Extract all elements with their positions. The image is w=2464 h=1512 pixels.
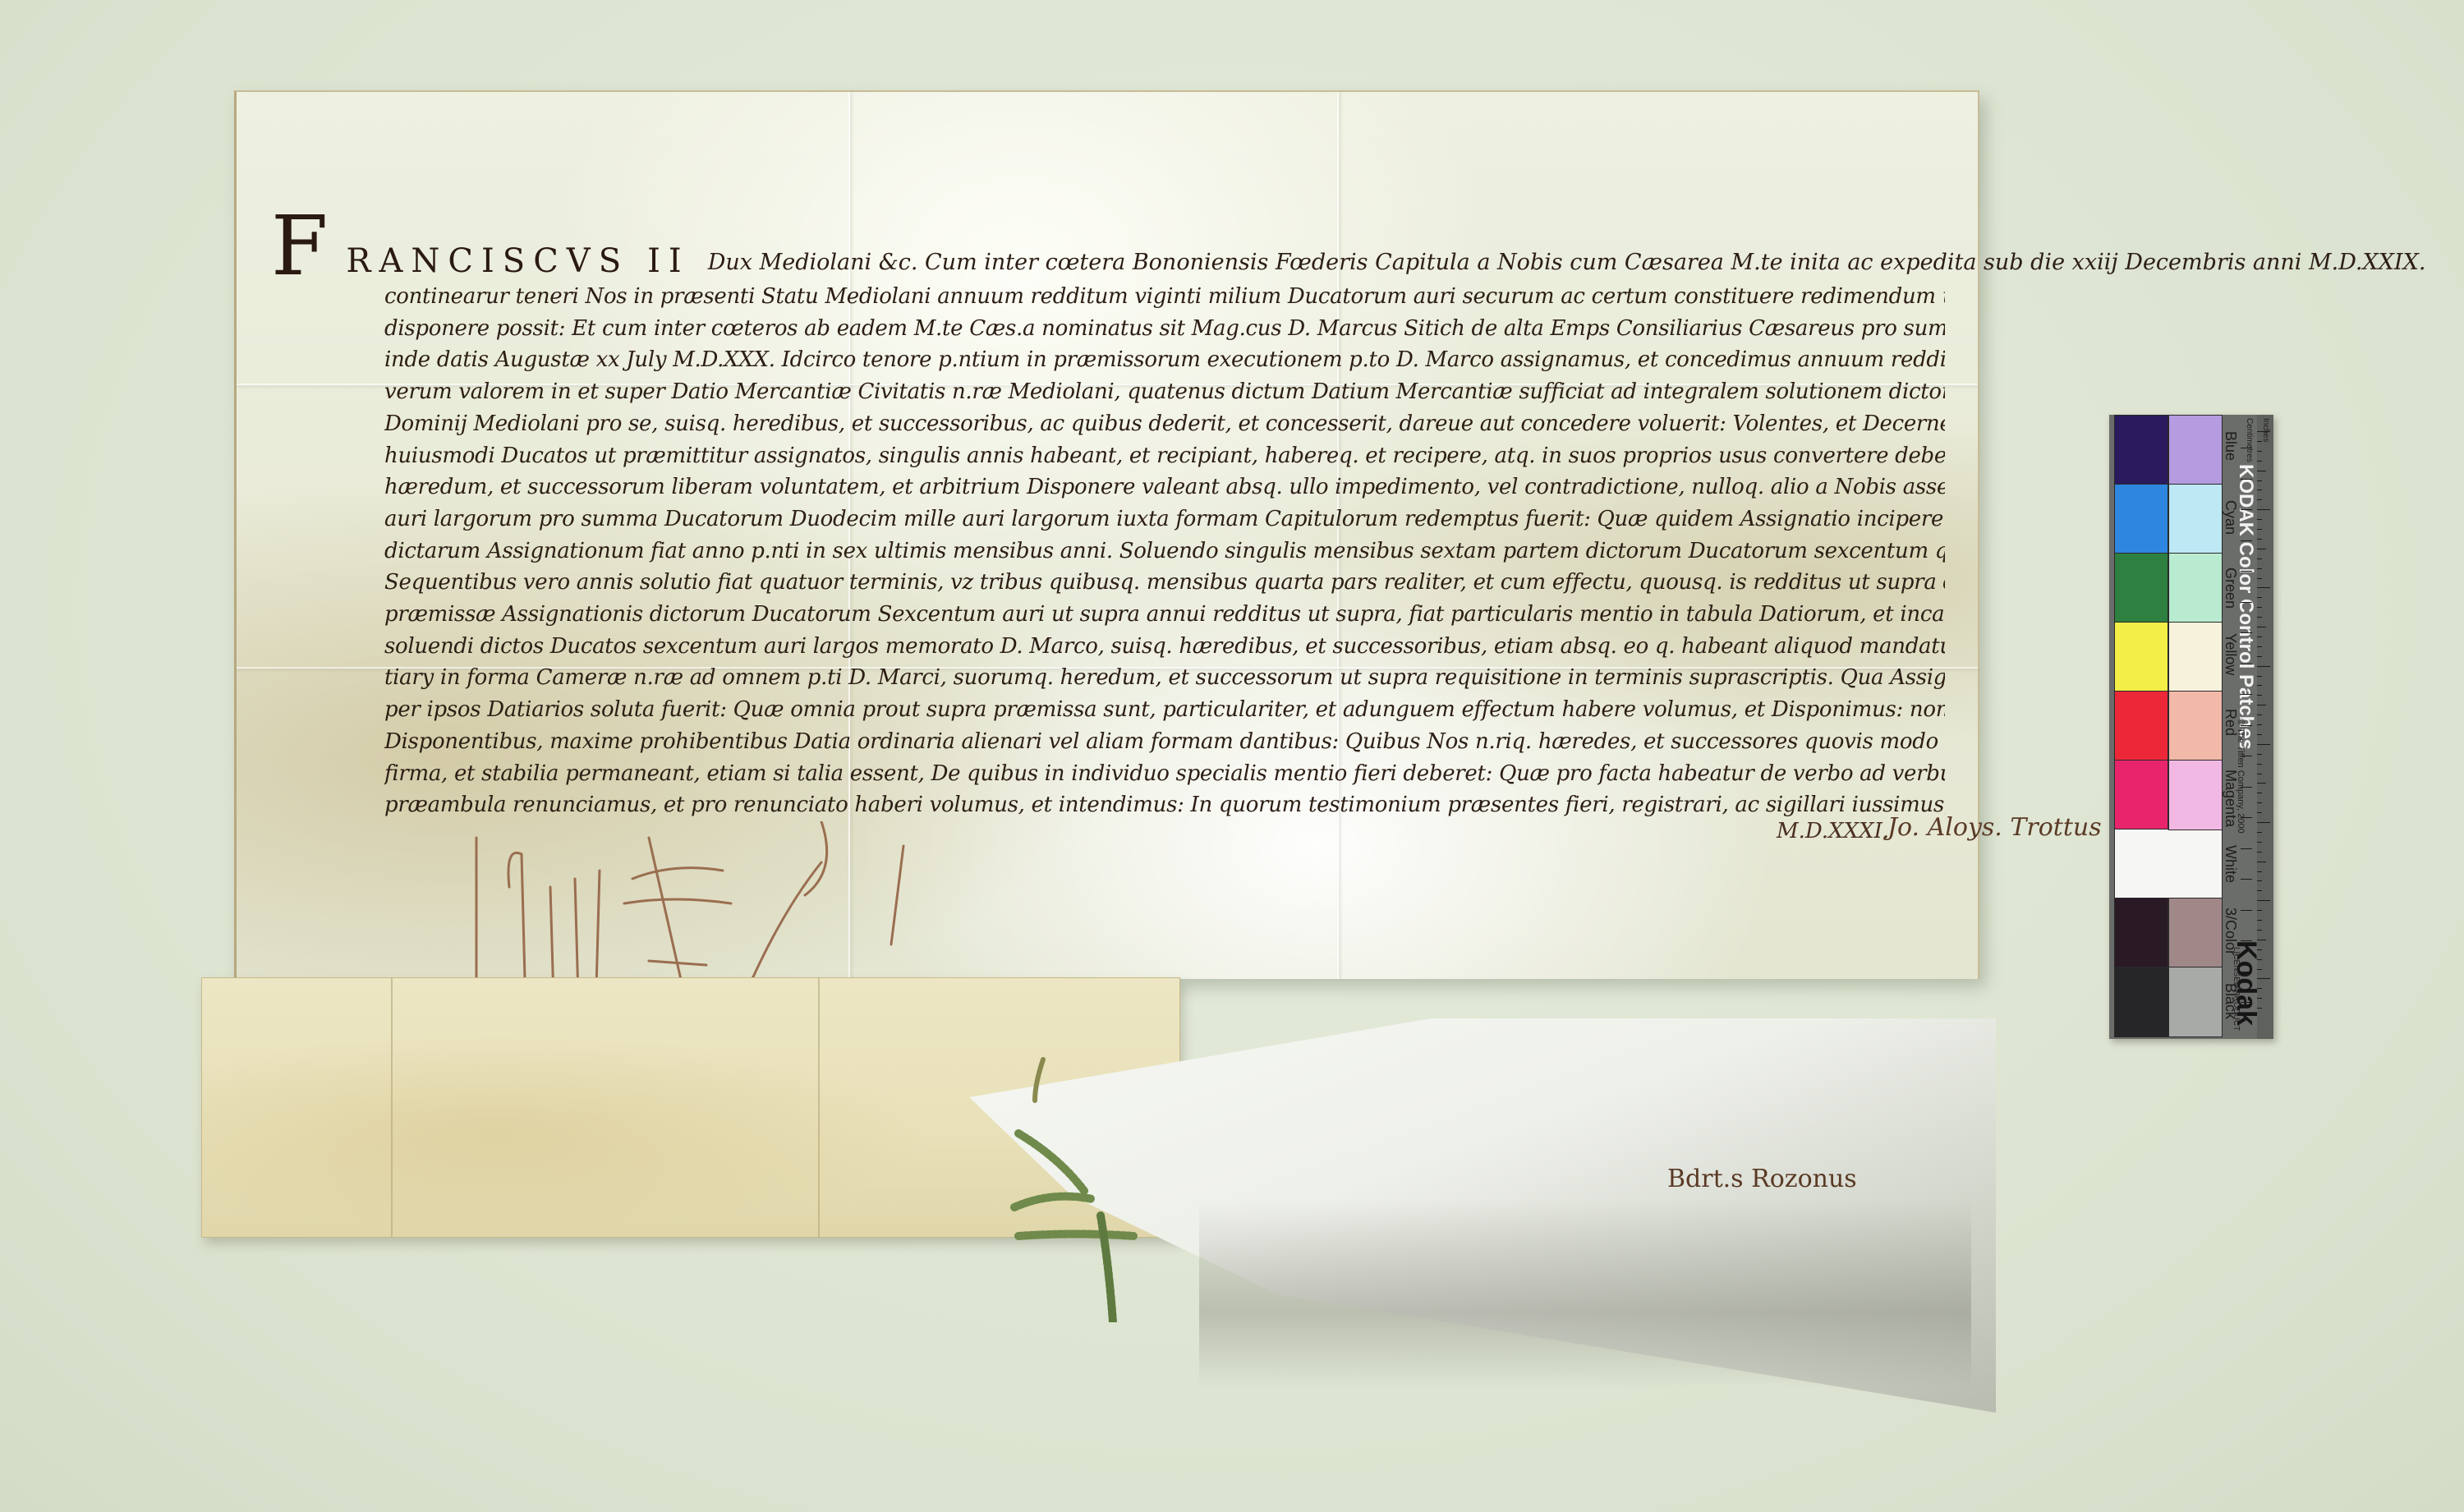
patch-cyan-dark xyxy=(2114,484,2168,554)
text-line: huiusmodi Ducatos ut præmittitur assigna… xyxy=(384,440,1945,472)
patch-blue-light xyxy=(2168,415,2223,485)
inch-tick xyxy=(2257,529,2262,530)
text-line: tiary in forma Cameræ n.ræ ad omnem p.ti… xyxy=(384,662,1945,694)
inch-tick xyxy=(2257,959,2262,960)
inch-tick xyxy=(2257,519,2262,520)
inch-tick xyxy=(2257,832,2262,833)
inch-tick xyxy=(2257,509,2270,510)
inch-tick xyxy=(2257,940,2266,940)
heading-line: F RANCISCVS II Dux Mediolani &c. Cum int… xyxy=(384,207,1945,281)
centimetres-label: Centimetres xyxy=(2245,418,2254,462)
cm-tick xyxy=(2241,448,2252,448)
date-line: M.D.XXXI. xyxy=(1777,819,1889,843)
inch-tick xyxy=(2257,597,2262,598)
cm-tick xyxy=(2241,694,2252,695)
kodak-color-control-strip: Blue Cyan Green Yellow Red Magenta White… xyxy=(2109,415,2273,1039)
plica-signature: Bdrt.s Rozonus xyxy=(1667,1165,1857,1193)
cm-tick xyxy=(2241,787,2252,788)
inch-tick xyxy=(2257,489,2262,490)
inch-tick xyxy=(2257,910,2262,911)
text-line: præmissæ Assignationis dictorum Ducatoru… xyxy=(384,599,1945,631)
inch-tick xyxy=(2257,471,2266,471)
inch-tick xyxy=(2257,637,2262,637)
text-line: firma, et stabilia permaneant, etiam si … xyxy=(384,758,1945,790)
inch-tick xyxy=(2257,549,2266,549)
cm-tick xyxy=(2241,479,2252,480)
cm-tick xyxy=(2241,602,2252,603)
inch-tick xyxy=(2257,802,2262,803)
patch-white xyxy=(2114,829,2223,899)
inch-tick xyxy=(2257,754,2262,755)
inch-tick xyxy=(2257,461,2262,462)
plica-crease xyxy=(818,978,820,1237)
cm-tick xyxy=(2241,509,2252,510)
inch-tick xyxy=(2257,451,2262,452)
heading-numeral: II xyxy=(647,241,690,281)
inch-tick xyxy=(2257,949,2262,950)
text-line: inde datis Augustæ xx July M.D.XXX. Idci… xyxy=(384,344,1945,376)
patch-black-light xyxy=(2168,967,2223,1037)
patch-yellow-light xyxy=(2168,622,2223,692)
text-line: præambula renunciamus, et pro renunciato… xyxy=(384,789,1945,821)
inch-tick xyxy=(2257,880,2262,881)
inch-tick xyxy=(2257,852,2262,853)
patch-green-light xyxy=(2168,553,2223,623)
inch-tick xyxy=(2257,812,2262,813)
illuminated-initial: F xyxy=(271,212,328,281)
seal-cord xyxy=(1010,1051,1142,1322)
text-line: per ipsos Datiarios soluta fuerit: Quæ o… xyxy=(384,694,1945,726)
inch-tick xyxy=(2257,646,2262,647)
inch-tick xyxy=(2257,724,2262,725)
inch-tick xyxy=(2257,734,2262,735)
cm-tick xyxy=(2241,725,2252,726)
patch-magenta-light xyxy=(2168,760,2223,830)
inch-tick xyxy=(2257,1008,2262,1009)
text-line: auri largorum pro summa Ducatorum Duodec… xyxy=(384,503,1945,535)
curl-shadow xyxy=(1199,1199,1971,1388)
patch-blue-dark xyxy=(2114,415,2168,485)
patch-black-dark xyxy=(2114,967,2168,1037)
inch-tick xyxy=(2257,793,2262,793)
inch-tick xyxy=(2257,969,2262,970)
text-line: Disponentibus, maxime prohibentibus Dati… xyxy=(384,726,1945,758)
cm-tick xyxy=(2241,756,2252,756)
cm-tick xyxy=(2241,910,2252,911)
inch-tick xyxy=(2257,480,2262,481)
patch-label: Blue xyxy=(2222,431,2239,461)
inch-tick xyxy=(2257,842,2262,843)
cm-tick xyxy=(2241,1002,2252,1003)
patch-3color-light xyxy=(2168,898,2223,968)
inch-tick xyxy=(2257,607,2262,608)
cm-tick xyxy=(2241,972,2252,972)
inch-tick xyxy=(2257,715,2262,715)
kodak-copyright: © The Tiffen Company, 2000 xyxy=(2236,719,2246,834)
inch-tick xyxy=(2257,930,2262,931)
cm-tick xyxy=(2241,540,2252,541)
text-line: disponere possit: Et cum inter cœteros a… xyxy=(384,313,1945,345)
cm-tick xyxy=(2241,940,2252,941)
text-line: soluendi dictos Ducatos sexcentum auri l… xyxy=(384,631,1945,663)
text-line: verum valorem in et super Datio Mercanti… xyxy=(384,376,1945,408)
heading-text: Dux Mediolani &c. Cum inter cœtera Bonon… xyxy=(708,245,2426,281)
inch-tick xyxy=(2257,900,2270,901)
inch-tick xyxy=(2257,822,2270,823)
text-line: Dominij Mediolani pro se, suisq. heredib… xyxy=(384,408,1945,440)
inch-tick xyxy=(2257,705,2266,705)
inch-tick xyxy=(2257,695,2262,696)
inch-tick xyxy=(2257,783,2266,784)
text-line: Sequentibus vero annis solutio fiat quat… xyxy=(384,567,1945,599)
charter-text: F RANCISCVS II Dux Mediolani &c. Cum int… xyxy=(384,207,1945,821)
patch-yellow-dark xyxy=(2114,622,2168,692)
text-line: hæredum, et successorum liberam voluntat… xyxy=(384,471,1945,503)
inch-tick xyxy=(2257,890,2262,891)
inch-tick xyxy=(2257,568,2262,569)
cm-tick xyxy=(2241,664,2252,664)
inch-tick xyxy=(2257,764,2262,765)
cm-tick xyxy=(2241,571,2252,572)
inch-tick xyxy=(2257,920,2262,921)
inch-tick xyxy=(2257,862,2266,862)
inch-tick xyxy=(2257,744,2270,745)
inch-tick xyxy=(2257,988,2262,989)
text-line: dictarum Assignationum fiat anno p.nti i… xyxy=(384,535,1945,568)
patch-3color-dark xyxy=(2114,898,2168,968)
inch-tick xyxy=(2257,539,2262,540)
inch-tick xyxy=(2257,666,2270,667)
text-line: continearur teneri Nos in præsenti Statu… xyxy=(384,281,1945,313)
inch-tick xyxy=(2257,871,2262,872)
inch-tick xyxy=(2257,617,2262,618)
cm-tick xyxy=(2241,848,2252,849)
inch-tick xyxy=(2257,656,2262,657)
cm-tick xyxy=(2241,879,2252,880)
secretary-signature: Jo. Aloys. Trottus xyxy=(1887,813,2102,842)
inch-tick xyxy=(2257,774,2262,774)
inches-label: Inches xyxy=(2261,418,2270,442)
patch-cyan-light xyxy=(2168,484,2223,554)
inch-tick xyxy=(2257,978,2270,979)
inch-tick xyxy=(2257,627,2266,627)
inch-tick xyxy=(2257,578,2262,579)
patch-red-light xyxy=(2168,691,2223,761)
inch-tick xyxy=(2257,685,2262,686)
plica-crease xyxy=(391,978,393,1237)
inch-ruler xyxy=(2257,415,2273,1039)
heading-name: RANCISCVS xyxy=(346,241,629,281)
inch-tick xyxy=(2257,499,2262,500)
inch-tick xyxy=(2257,558,2262,559)
patch-green-dark xyxy=(2114,553,2168,623)
inch-tick xyxy=(2257,998,2262,999)
cm-tick xyxy=(2241,632,2252,633)
kodak-licensed-product: LICENSED PRODUCT xyxy=(2232,947,2241,1031)
inch-tick xyxy=(2257,676,2262,677)
patch-red-dark xyxy=(2114,691,2168,761)
cm-tick xyxy=(2241,817,2252,818)
patch-magenta-dark xyxy=(2114,760,2168,830)
inch-tick xyxy=(2257,587,2270,588)
